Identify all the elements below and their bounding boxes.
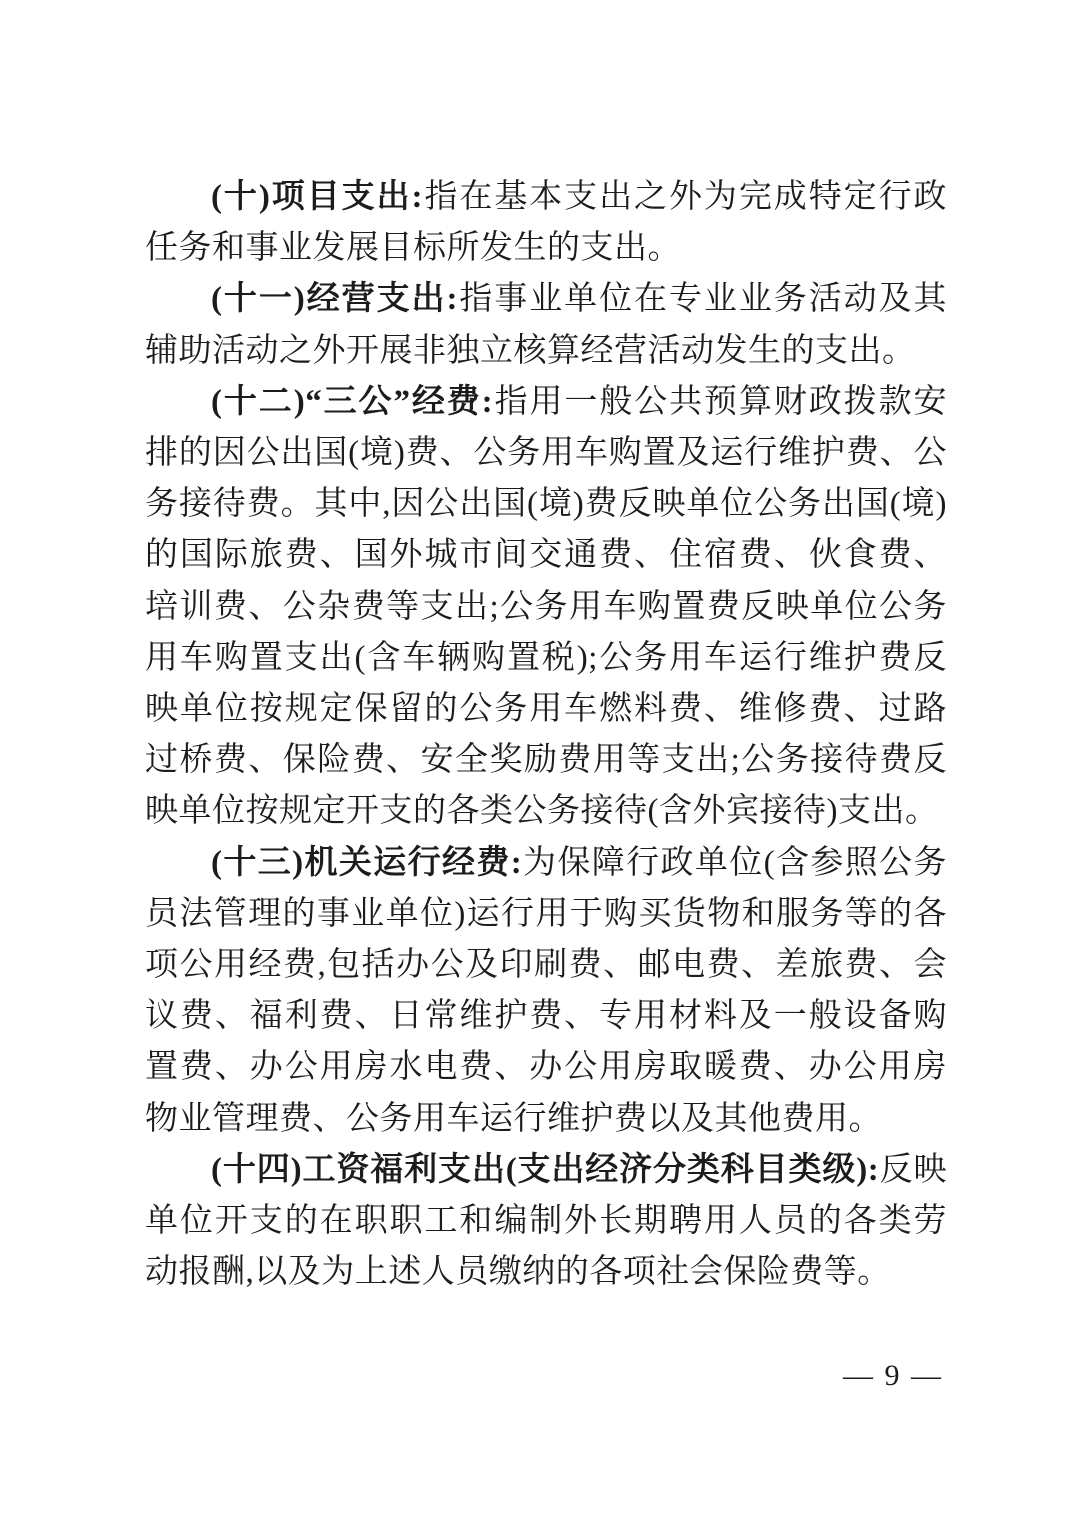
paragraph: (十一)经营支出:指事业单位在专业业务活动及其辅助活动之外开展非独立核算经营活动… [145, 274, 947, 376]
paragraph: (十四)工资福利支出(支出经济分类科目类级):反映单位开支的在职职工和编制外长期… [145, 1145, 947, 1299]
definition-text: 指用一般公共预算财政拨款安排的因公出国(境)费、公务用车购置及运行维护费、公务接… [145, 384, 947, 830]
term-label: (十三)机关运行经费: [211, 845, 522, 881]
definition-text: 为保障行政单位(含参照公务员法管理的事业单位)运行用于购买货物和服务等的各项公用… [145, 845, 947, 1137]
term-label: (十四)工资福利支出(支出经济分类科目类级): [211, 1152, 879, 1188]
document-content: (十)项目支出:指在基本支出之外为完成特定行政任务和事业发展目标所发生的支出。 … [145, 172, 947, 1298]
term-label: (十二)“三公”经费: [211, 384, 493, 420]
term-label: (十)项目支出: [211, 179, 423, 215]
page-footer: — 9 — [843, 1358, 943, 1394]
page-number: — 9 — [843, 1359, 943, 1392]
document-page: (十)项目支出:指在基本支出之外为完成特定行政任务和事业发展目标所发生的支出。 … [0, 0, 1075, 1520]
paragraph: (十二)“三公”经费:指用一般公共预算财政拨款安排的因公出国(境)费、公务用车购… [145, 377, 947, 838]
paragraph: (十)项目支出:指在基本支出之外为完成特定行政任务和事业发展目标所发生的支出。 [145, 172, 947, 274]
paragraph: (十三)机关运行经费:为保障行政单位(含参照公务员法管理的事业单位)运行用于购买… [145, 838, 947, 1145]
term-label: (十一)经营支出: [211, 281, 458, 317]
